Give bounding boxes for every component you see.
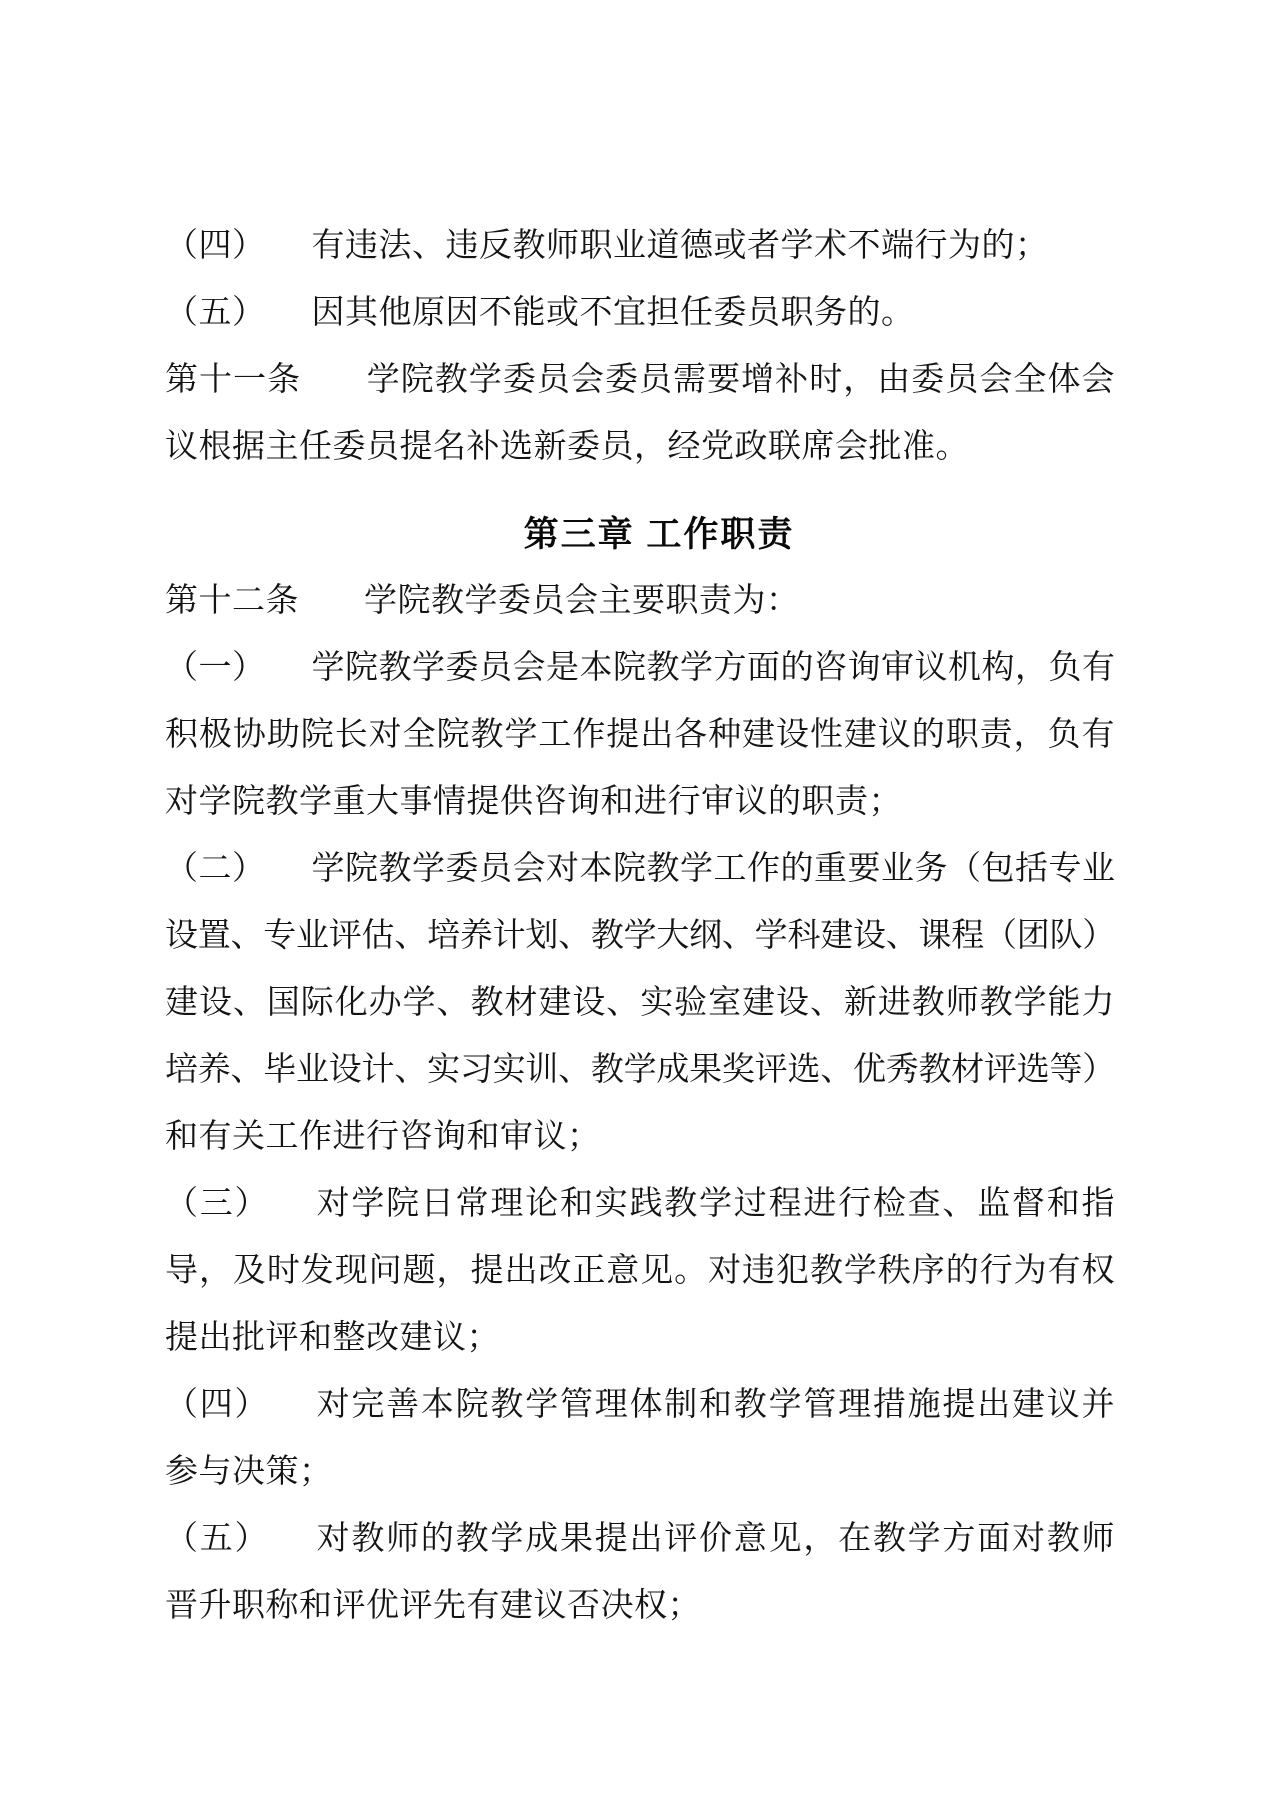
text-line: （四）对完善本院教学管理体制和教学管理措施提出建议并: [165, 1372, 1115, 1439]
line-text: 学院教学委员会委员需要增补时，由委员会全体会: [366, 362, 1115, 398]
item-marker: （四）: [165, 1387, 269, 1423]
text-line: （二）学院教学委员会对本院教学工作的重要业务（包括专业: [165, 836, 1115, 903]
text-line: （一）学院教学委员会是本院教学方面的咨询审议机构，负有: [165, 635, 1115, 702]
line-text: 晋升职称和评优评先有建议否决权；: [165, 1588, 701, 1624]
article-number: 第十一条: [165, 362, 301, 398]
line-text: 参与决策；: [165, 1454, 333, 1490]
item-marker: （三）: [165, 1186, 269, 1222]
text-line: （五）对教师的教学成果提出评价意见，在教学方面对教师: [165, 1506, 1115, 1573]
lead-gap: [266, 878, 312, 879]
line-text: 和有关工作进行咨询和审议；: [165, 1119, 601, 1155]
text-line: （五）因其他原因不能或不宜担任委员职务的。: [165, 280, 1115, 347]
text-line: 议根据主任委员提名补选新委员，经党政联席会批准。: [165, 414, 1115, 481]
text-line: 第十一条学院教学委员会委员需要增补时，由委员会全体会: [165, 347, 1115, 414]
lead-gap: [301, 389, 366, 390]
line-text: 对学院教学重大事情提供咨询和进行审议的职责；: [165, 784, 902, 820]
text-line: 建设、国际化办学、教材建设、实验室建设、新进教师教学能力: [165, 970, 1115, 1037]
line-text: 培养、毕业设计、实习实训、教学成果奖评选、优秀教材评选等）: [165, 1052, 1115, 1088]
line-text: 因其他原因不能或不宜担任委员职务的。: [312, 295, 915, 331]
text-block: （四）有违法、违反教师职业道德或者学术不端行为的； （五）因其他原因不能或不宜担…: [165, 213, 1115, 1640]
text-line: 积极协助院长对全院教学工作提出各种建设性建议的职责，负有: [165, 702, 1115, 769]
article-number: 第十二条: [165, 583, 299, 619]
text-line: 和有关工作进行咨询和审议；: [165, 1104, 1115, 1171]
lead-gap: [299, 610, 364, 611]
lead-gap: [269, 1213, 315, 1214]
lead-gap: [266, 255, 312, 256]
line-text: 对完善本院教学管理体制和教学管理措施提出建议并: [315, 1387, 1115, 1423]
item-marker: （一）: [165, 650, 266, 686]
line-text: 学院教学委员会是本院教学方面的咨询审议机构，负有: [312, 650, 1116, 686]
line-text: 积极协助院长对全院教学工作提出各种建设性建议的职责，负有: [165, 717, 1115, 753]
text-line: （三）对学院日常理论和实践教学过程进行检查、监督和指: [165, 1171, 1115, 1238]
lead-gap: [269, 1548, 315, 1549]
text-line: 晋升职称和评优评先有建议否决权；: [165, 1573, 1115, 1640]
line-text: 议根据主任委员提名补选新委员，经党政联席会批准。: [165, 429, 969, 465]
text-line: 导，及时发现问题，提出改正意见。对违犯教学秩序的行为有权: [165, 1238, 1115, 1305]
line-text: 设置、专业评估、培养计划、教学大纲、学科建设、课程（团队）: [165, 918, 1115, 954]
line-text: 有违法、违反教师职业道德或者学术不端行为的；: [312, 228, 1049, 264]
text-line: （四）有违法、违反教师职业道德或者学术不端行为的；: [165, 213, 1115, 280]
line-text: 导，及时发现问题，提出改正意见。对违犯教学秩序的行为有权: [165, 1253, 1115, 1289]
line-text: 建设、国际化办学、教材建设、实验室建设、新进教师教学能力: [165, 985, 1115, 1021]
lead-gap: [266, 322, 312, 323]
item-marker: （二）: [165, 851, 266, 887]
line-text: 对教师的教学成果提出评价意见，在教学方面对教师: [315, 1521, 1115, 1557]
text-line: 设置、专业评估、培养计划、教学大纲、学科建设、课程（团队）: [165, 903, 1115, 970]
text-line: 对学院教学重大事情提供咨询和进行审议的职责；: [165, 769, 1115, 836]
lead-gap: [266, 677, 312, 678]
line-text: 学院教学委员会主要职责为：: [364, 583, 800, 619]
chapter-heading: 第三章 工作职责: [165, 501, 1115, 568]
line-text: 学院教学委员会对本院教学工作的重要业务（包括专业: [312, 851, 1116, 887]
text-line: 第十二条学院教学委员会主要职责为：: [165, 568, 1115, 635]
item-marker: （四）: [165, 228, 266, 264]
document-page: （四）有违法、违反教师职业道德或者学术不端行为的； （五）因其他原因不能或不宜担…: [0, 0, 1280, 1810]
line-text: 对学院日常理论和实践教学过程进行检查、监督和指: [315, 1186, 1115, 1222]
text-line: 参与决策；: [165, 1439, 1115, 1506]
item-marker: （五）: [165, 295, 266, 331]
text-line: 培养、毕业设计、实习实训、教学成果奖评选、优秀教材评选等）: [165, 1037, 1115, 1104]
lead-gap: [269, 1414, 315, 1415]
line-text: 提出批评和整改建议；: [165, 1320, 500, 1356]
item-marker: （五）: [165, 1521, 269, 1557]
text-line: 提出批评和整改建议；: [165, 1305, 1115, 1372]
